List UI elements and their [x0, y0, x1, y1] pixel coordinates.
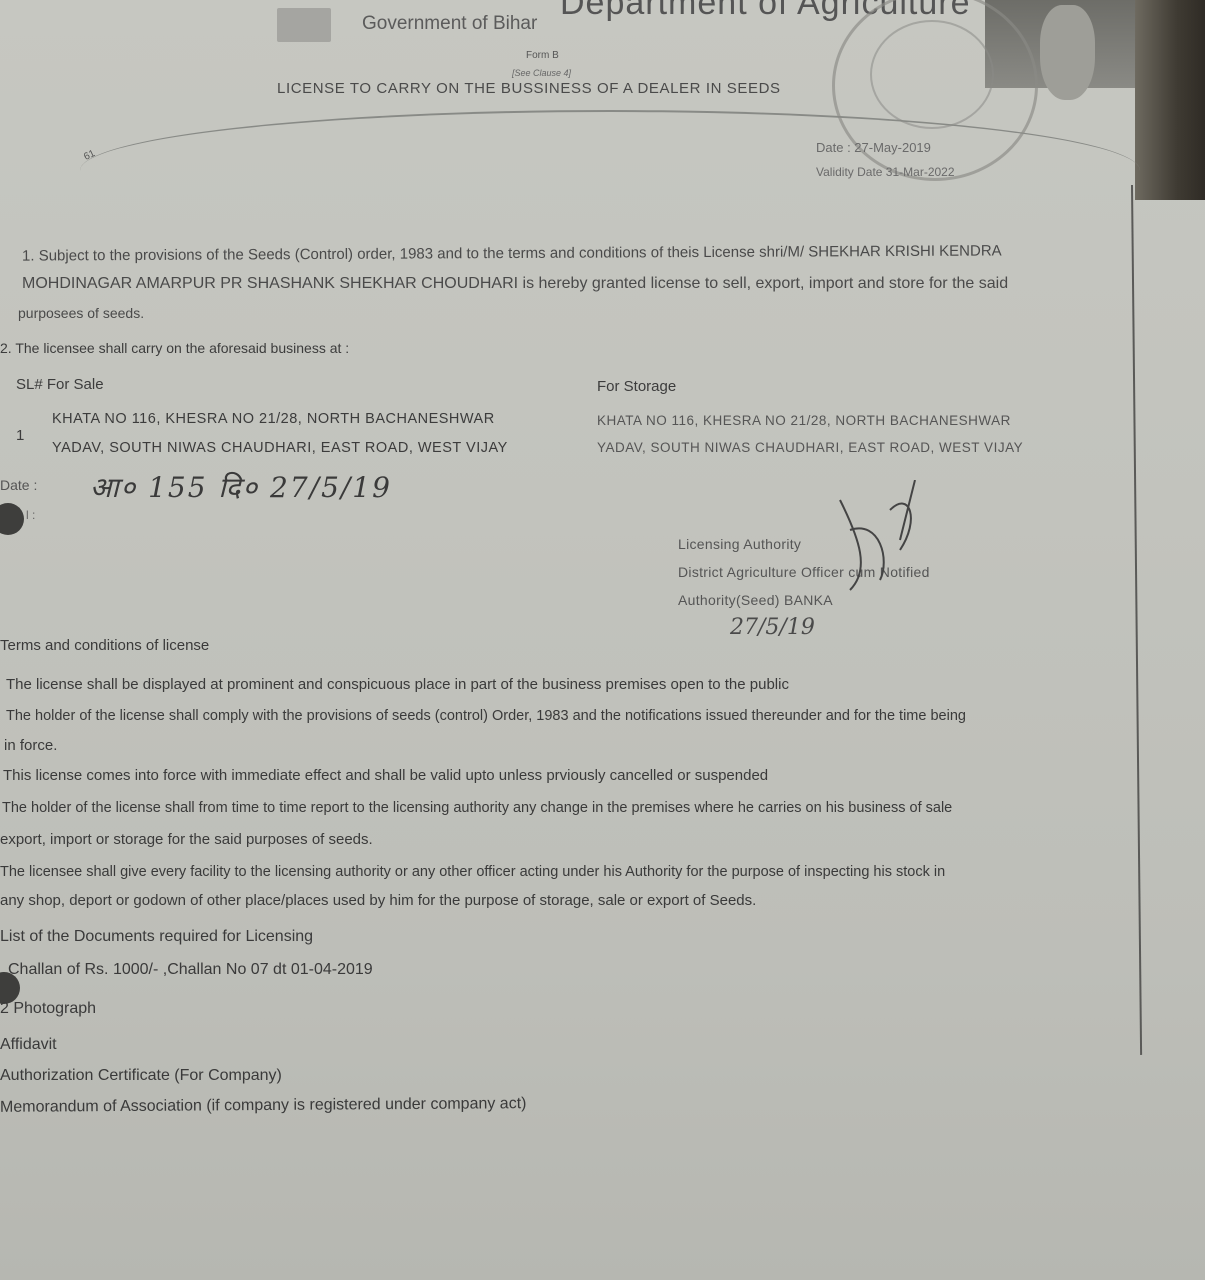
term-item: The licensee shall give every facility t… [0, 864, 945, 880]
term-item: in force. [4, 737, 57, 754]
term-item: The license shall be displayed at promin… [6, 676, 789, 693]
document-item: Challan of Rs. 1000/- ,Challan No 07 dt … [8, 961, 373, 979]
row-sl-number: 1 [16, 427, 24, 444]
signature-icon [820, 480, 930, 600]
term-item: The holder of the license shall from tim… [2, 800, 952, 816]
sale-address-line-1: KHATA NO 116, KHESRA NO 21/28, NORTH BAC… [52, 411, 495, 427]
documents-heading: List of the Documents required for Licen… [0, 928, 313, 946]
header-for-sale: SL# For Sale [16, 376, 104, 393]
validity-date: Validity Date 31-Mar-2022 [816, 165, 955, 179]
stamp-inner-ring [870, 20, 994, 129]
term-item: export, import or storage for the said p… [0, 831, 373, 848]
place-label: l : [26, 508, 35, 522]
license-title: LICENSE TO CARRY ON THE BUSSINESS OF A D… [277, 80, 781, 97]
authority-designation-line-2: Authority(Seed) BANKA [678, 592, 833, 608]
terms-heading: Terms and conditions of license [0, 637, 209, 654]
government-title: Government of Bihar [362, 13, 537, 35]
signature-date-note: 27/5/19 [730, 615, 815, 640]
document-item: 2 Photograph [0, 1000, 96, 1018]
licensing-authority-label: Licensing Authority [678, 536, 801, 552]
background-edge [1135, 0, 1205, 200]
bihar-emblem-icon [277, 8, 331, 42]
header-for-storage: For Storage [597, 378, 676, 395]
form-label: Form B [526, 50, 559, 61]
date-label: Date : [0, 477, 37, 493]
storage-address-line-2: YADAV, SOUTH NIWAS CHAUDHARI, EAST ROAD,… [597, 440, 1023, 455]
sale-address-line-2: YADAV, SOUTH NIWAS CHAUDHARI, EAST ROAD,… [52, 440, 508, 456]
clause-1-line-3: purposees of seeds. [18, 305, 144, 321]
document-item: Memorandum of Association (if company is… [0, 1095, 527, 1117]
term-item: The holder of the license shall comply w… [6, 708, 966, 724]
storage-address-line-1: KHATA NO 116, KHESRA NO 21/28, NORTH BAC… [597, 413, 1011, 428]
clause-2: 2. The licensee shall carry on the afore… [0, 340, 349, 356]
handwritten-note: आ० 155 दि० 27/5/19 [90, 468, 392, 506]
document-item: Authorization Certificate (For Company) [0, 1067, 282, 1085]
term-item: This license comes into force with immed… [3, 767, 768, 784]
term-item: any shop, deport or godown of other plac… [0, 892, 756, 909]
clause-1-line-2: MOHDINAGAR AMARPUR PR SHASHANK SHEKHAR C… [22, 275, 1008, 293]
photo-face [1040, 5, 1095, 100]
issue-date: Date : 27-May-2019 [816, 140, 931, 155]
clause-label: [See Clause 4] [512, 68, 571, 78]
document-item: Affidavit [0, 1036, 57, 1054]
